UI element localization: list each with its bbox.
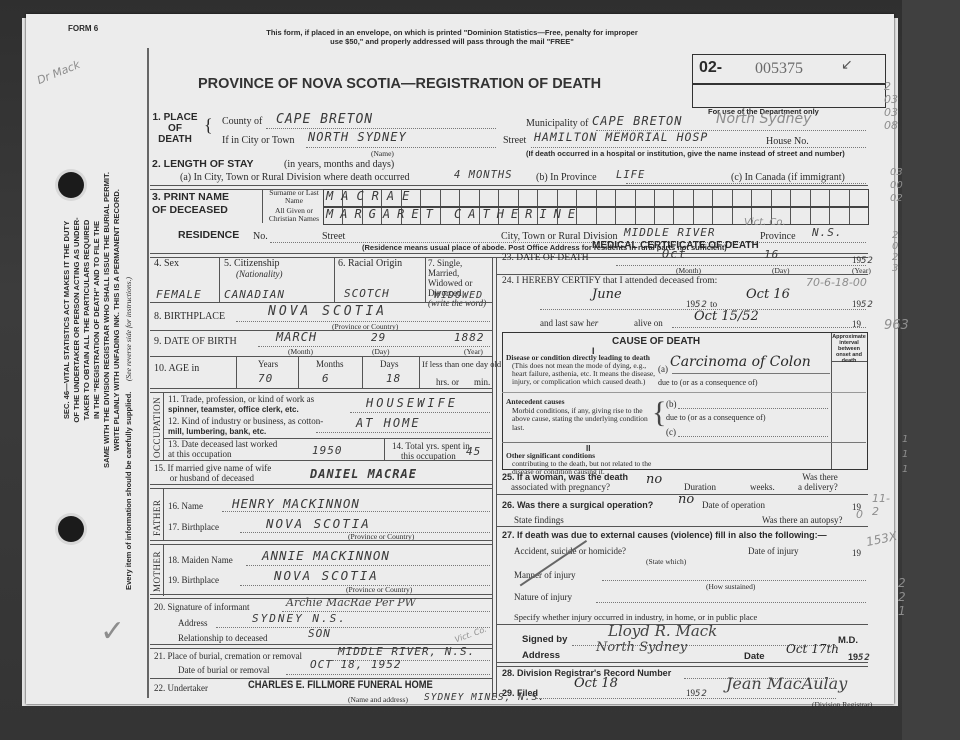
pencil-code: 03 [890, 166, 903, 179]
industry-value: AT HOME [356, 416, 421, 430]
trade-label: 11. Trade, profession, or kind of work a… [168, 394, 314, 415]
date-of-death-label: 23. DATE OF DEATH [502, 253, 589, 263]
antecedent-note: Morbid conditions, if any, giving rise t… [506, 407, 654, 433]
pencil-code: 2 [898, 576, 906, 590]
divider [384, 438, 385, 460]
surgery-value: no [678, 492, 694, 507]
relationship-value: SON [308, 627, 331, 640]
pencil-code: 2 [892, 252, 898, 263]
residence-county-note: Vict. Co. [744, 217, 786, 228]
surgery-label: 26. Was there a surgical operation? [502, 500, 653, 510]
section-divider [150, 540, 492, 545]
dark-binder-edge [902, 0, 960, 740]
father-section-label: FATHER [152, 500, 162, 536]
duration-label: Duration [684, 482, 716, 492]
state-which-caption: (State which) [646, 557, 686, 566]
mother-birthplace-label: 19. Birthplace [168, 575, 219, 585]
marital-value: WIDOWED [434, 290, 483, 301]
pencil-code: 0 [892, 241, 898, 252]
day-caption: (Day) [372, 347, 390, 356]
industry-label: 12. Kind of industry or business, as cot… [168, 416, 323, 437]
age-years-value: 70 [258, 372, 273, 385]
divider [219, 258, 220, 302]
section-divider [496, 662, 868, 667]
label-line: 15. If married give name of wife [154, 463, 271, 473]
instruction-line: WRITE PLAINLY WITH UNFADING INK. THIS IS… [112, 50, 122, 590]
cause-a-line [672, 373, 830, 374]
divider [419, 356, 420, 388]
check-mark-icon: ↙ [841, 57, 853, 74]
mother-maiden-label: 18. Maiden Name [168, 555, 233, 565]
injury-location-label: Specify whether injury occurred in indus… [514, 612, 757, 622]
age-years-label: Years [258, 359, 278, 369]
row-divider [150, 356, 492, 357]
divider [163, 488, 164, 540]
section-divider [150, 484, 492, 489]
mother-birthplace-value: NOVA SCOTIA [274, 568, 379, 583]
form-number: FORM 6 [68, 24, 98, 33]
pencil-codes-cause: 1 1 1 [902, 432, 908, 477]
row-divider [496, 274, 868, 275]
spouse-value: DANIEL MACRAE [310, 467, 417, 481]
industry-line [316, 432, 490, 433]
undertaker-caption: (Name and address) [348, 695, 408, 704]
direct-cause-label: Disease or condition directly leading to… [506, 354, 656, 386]
sex-value: FEMALE [156, 288, 202, 301]
burial-place-label: 21. Place of burial, cremation or remova… [154, 651, 302, 661]
interval-label: Approximate interval between onset and d… [832, 334, 866, 364]
label-line: 13. Date deceased last worked [168, 439, 277, 449]
last-saw-text: and last saw h [540, 318, 591, 328]
residence-province-value: N.S. [812, 226, 843, 239]
attended-to: Oct 16 [746, 287, 790, 302]
name-caption: (Name) [371, 149, 394, 158]
pencil-code: 1 [902, 462, 908, 477]
age-under-day-label: If less than one day old [422, 359, 501, 369]
last-saw-her: er [591, 318, 599, 328]
residence-province-label: Province [760, 231, 796, 242]
father-name-value: HENRY MACKINNON [232, 496, 360, 511]
to-label: to [710, 299, 717, 309]
relationship-label: Relationship to deceased [178, 633, 267, 643]
divider [334, 258, 335, 302]
city-label: If in City or Town [222, 135, 294, 146]
birthplace-label: 8. BIRTHPLACE [154, 311, 225, 322]
cause-c-label: (c) [666, 427, 676, 437]
registrar-caption: (Division Registrar) [812, 700, 872, 709]
informant-signature: Archie MacRae Per PW [286, 596, 416, 609]
label-line: at this occupation [168, 449, 231, 459]
pencil-code: 2 [884, 80, 898, 93]
stay-province-value: LIFE [616, 169, 645, 181]
father-birthplace-value: NOVA SCOTIA [266, 516, 371, 531]
signature-date-label: Date [744, 651, 765, 662]
year-prefix: 19 [686, 688, 695, 698]
label-line: Was there [802, 472, 838, 482]
alive-on-label: alive on [634, 318, 663, 328]
delivery-label: Was therea delivery? [798, 472, 838, 492]
md-label: M.D. [838, 635, 858, 646]
street-line [531, 147, 866, 148]
residence-no-label: No. [253, 231, 268, 242]
pencil-codes-top: 2 03 03 08 [884, 80, 898, 132]
city-value: NORTH SYDNEY [308, 130, 407, 144]
section-divider [150, 388, 492, 393]
row-divider [150, 330, 492, 331]
weeks-label: weeks. [750, 482, 775, 492]
pregnancy-value: no [646, 472, 662, 487]
side-instructions: SEC. 46—VITAL STATISTICS ACT MAKES IT TH… [62, 50, 122, 590]
year-prefix: 19 [686, 299, 695, 309]
year-prefix: 19 [852, 255, 861, 265]
antecedent-heading: Antecedent causes [506, 397, 565, 406]
direct-cause-note: (This does not mean the mode of dying, e… [506, 362, 656, 386]
year-caption: (Year) [464, 347, 483, 356]
nature-label: Nature of injury [514, 592, 572, 602]
mother-section-label: MOTHER [152, 551, 162, 592]
years-spent-value: 45 [466, 445, 481, 458]
spouse-label: 15. If married give name of wife or husb… [154, 463, 271, 483]
due-to-label: due to (or as a consequence of) [658, 378, 758, 387]
pencil-codes-name: 03 00 02 [890, 166, 903, 205]
last-worked-value: 1950 [312, 444, 343, 457]
mother-maiden-line [246, 565, 490, 566]
pregnancy-label: 25. If a woman, was the death associated… [502, 472, 628, 492]
death-registration-form: FORM 6 Dr Mack SEC. 46—VITAL STATISTICS … [26, 14, 894, 704]
registration-number: 005375 [755, 60, 803, 78]
age-label: 10. AGE in [154, 363, 199, 374]
injury-date-label: Date of injury [748, 546, 798, 556]
place-of-death-label: 1. PLACEOFDEATH [152, 112, 198, 145]
house-no-label: House No. [766, 136, 809, 147]
city-line [306, 147, 496, 148]
pencil-age-code: 70-6-18-00 [806, 276, 867, 289]
label-line: 27. If death was due to external causes … [502, 530, 827, 540]
operation-date-label: Date of operation [702, 500, 765, 510]
age-days-value: 18 [386, 372, 401, 385]
instruction-line: TAKER TO OBTAIN ALL THE PARTICULARS REQU… [82, 50, 92, 590]
divider [163, 544, 164, 596]
minutes-label: min. [474, 377, 490, 387]
label-line: 11. Trade, profession, or kind of work a… [168, 394, 314, 404]
year-prefix: 19 [848, 652, 858, 662]
informant-address-label: Address [178, 618, 208, 628]
check-mark: ✓ [100, 614, 125, 649]
pencil-code: 00 [890, 179, 903, 192]
antecedent-label: Antecedent causesMorbid conditions, if a… [506, 398, 654, 432]
label-line: 26. Was there a surgical operation? [502, 500, 653, 510]
pencil-code: 2 [898, 590, 906, 604]
label-line: 3. PRINT NAME [152, 191, 229, 204]
street-label: Street [503, 135, 526, 146]
age-days-label: Days [380, 359, 399, 369]
residence-label: RESIDENCE [178, 229, 239, 241]
pencil-code-external: 153X [865, 529, 898, 549]
label-line: mill, lumbering, bank, etc. [168, 427, 266, 436]
year-prefix: 19 [852, 299, 861, 309]
pencil-codes-injury: 2 2 1 [898, 576, 906, 618]
pencil-code-operation: 0 [856, 508, 863, 521]
pencil-code: 03 [884, 106, 898, 119]
column-divider [496, 258, 497, 698]
street-note: (If death occurred in a hospital or inst… [526, 149, 845, 158]
pencil-codes-personal: 2 0 2 3 [892, 230, 898, 274]
municipality-label: Municipality of [526, 118, 589, 129]
father-name-line [222, 511, 490, 512]
cause-c-line [678, 436, 828, 437]
street-value: HAMILTON MEMORIAL HOSP [534, 130, 708, 144]
divider [298, 356, 299, 388]
hours-label: hrs. or [436, 377, 459, 387]
filed-date: Oct 18 [574, 676, 618, 691]
instruction-line: OF THE UNDERTAKER OR PERSON ACTING AS UN… [72, 50, 82, 590]
pencil-code: 2 [892, 230, 898, 241]
pencil-code: 02 [890, 192, 903, 205]
label-line: associated with pregnancy? [511, 482, 610, 492]
label-line: 14. Total yrs. spent in [392, 441, 470, 451]
findings-label: State findings [514, 515, 564, 525]
row-divider [496, 526, 868, 527]
manner-line [602, 580, 866, 581]
length-of-stay-sub: (in years, months and days) [284, 159, 394, 170]
postal-notice-line: This form, if placed in an envelope, on … [242, 28, 662, 37]
alive-line [672, 327, 866, 328]
county-value: CAPE BRETON [276, 112, 373, 127]
dod-month: Oct [662, 247, 687, 261]
last-worked-label: 13. Date deceased last workedat this occ… [168, 439, 277, 459]
side-footer-italic: (See reverse side for instructions.) [124, 277, 133, 381]
occupation-section-label: OCCUPATION [152, 397, 162, 458]
informant-address: SYDNEY N.S. [252, 612, 347, 625]
year-prefix: 19 [852, 548, 861, 558]
signature-date: Oct 17th [786, 642, 839, 656]
stay-city-value: 4 MONTHS [454, 169, 513, 181]
informant-signature-label: 20. Signature of informant [154, 602, 249, 612]
divider [362, 356, 363, 388]
cause-b-label: (b) [666, 399, 677, 409]
age-months-label: Months [316, 359, 344, 369]
label-line: or husband of deceased [170, 473, 254, 483]
registrar-signature: Jean MacAulay [726, 674, 847, 693]
physician-address: North Sydney [596, 640, 687, 655]
dob-year: 1882 [454, 331, 485, 344]
physician-address-label: Address [522, 650, 560, 661]
brace: { [204, 115, 213, 135]
surname-label: Surname or Last Name [266, 189, 322, 205]
pencil-code: 3 [892, 263, 898, 274]
residence-city-value: MIDDLE RIVER [624, 226, 715, 239]
municipality-value: CAPE BRETON [592, 114, 682, 128]
cause-a-label: (a) [658, 364, 668, 374]
cause-of-death-heading: CAUSE OF DEATH [612, 336, 700, 347]
autopsy-label: Was there an autopsy? [762, 515, 843, 525]
pencil-code: 03 [884, 93, 898, 106]
row-divider [502, 392, 866, 393]
racial-origin-value: SCOTCH [344, 287, 390, 300]
citizenship-sub: (Nationality) [236, 269, 283, 279]
father-name-label: 16. Name [168, 501, 203, 511]
pencil-code: 1 [902, 432, 908, 447]
date-of-birth-label: 9. DATE OF BIRTH [154, 336, 237, 347]
last-saw-label: and last saw her [540, 318, 598, 328]
label-line: 29. Filed [502, 688, 538, 698]
citizenship-label: 5. Citizenship [224, 258, 280, 269]
filed-label: 29. Filed [502, 688, 538, 698]
dob-day: 29 [371, 331, 386, 344]
instruction-line: IN THE "REGISTRATION OF DEATH" AND TO FI… [92, 50, 102, 590]
municipality-pencil-note: North Sydney [716, 111, 811, 127]
label-line: OF DECEASED [152, 204, 229, 217]
dob-month: MARCH [276, 330, 317, 344]
instruction-line: SAME WITH THE DIVISION REGISTRAR WHO SHA… [102, 50, 112, 590]
how-sustained-caption: (How sustained) [706, 582, 755, 591]
stay-line [626, 183, 866, 184]
informant-address-line [216, 627, 490, 628]
instruction-line: SEC. 46—VITAL STATISTICS ACT MAKES IT TH… [62, 50, 72, 590]
racial-origin-label: 6. Racial Origin [338, 258, 402, 269]
burial-date-label: Date of burial or removal [178, 665, 269, 675]
signed-by-label: Signed by [522, 634, 567, 645]
length-of-stay-label: 2. LENGTH OF STAY [152, 158, 254, 170]
trade-value: HOUSEWIFE [366, 396, 458, 410]
sex-label: 4. Sex [154, 258, 179, 269]
divider [262, 189, 263, 223]
attended-from: June [592, 287, 622, 302]
postal-notice-line: use $50," and properly addressed will pa… [242, 37, 662, 46]
divider [163, 392, 164, 460]
burial-place-value: MIDDLE RIVER, N.S. [338, 645, 475, 658]
label-line: spinner, teamster, office clerk, etc. [168, 405, 299, 414]
deceased-name-label: 3. PRINT NAME OF DECEASED [152, 191, 229, 217]
given-names-value: MARGARET CATHERINE [326, 207, 582, 221]
citizenship-value: CANADIAN [224, 288, 285, 301]
filed-line [536, 698, 836, 699]
dod-day: 16 [764, 248, 779, 261]
mother-maiden-value: ANNIE MACKINNON [262, 548, 390, 563]
given-names-label: All Given or Christian Names [266, 207, 322, 223]
manner-label: Manner of injury [514, 570, 575, 580]
pencil-code: 08 [884, 119, 898, 132]
label-line: a delivery? [798, 482, 838, 492]
undertaker-label: 22. Undertaker [154, 683, 208, 693]
father-birthplace-label: 17. Birthplace [168, 522, 219, 532]
dod-line [616, 265, 866, 266]
undertaker-stamp: CHARLES E. FILLMORE FUNERAL HOME [248, 679, 433, 691]
mother-birthplace-caption: (Province or Country) [346, 585, 412, 594]
pencil-code: 1 [898, 604, 906, 618]
divider [425, 258, 426, 302]
external-causes-label: 27. If death was due to external causes … [502, 530, 827, 540]
physician-signature: Lloyd R. Mack [608, 622, 717, 640]
residence-street-label: Street [322, 231, 345, 242]
pencil-cause-code: 963 [884, 318, 909, 333]
side-footer: Every item of information should be care… [124, 50, 133, 590]
registration-prefix: 02- [699, 59, 722, 77]
nature-line [596, 602, 866, 603]
age-months-value: 6 [322, 372, 330, 385]
label-line: 12. Kind of industry or business, as cot… [168, 416, 323, 426]
divider [236, 356, 237, 388]
birthplace-value: NOVA SCOTIA [268, 304, 387, 319]
burial-date-line [286, 674, 490, 675]
certify-label: 24. I HEREBY CERTIFY that I attended dec… [502, 276, 717, 286]
left-border [147, 48, 149, 698]
burial-date-value: OCT 18, 1952 [310, 658, 401, 671]
pencil-code: 1 [902, 447, 908, 462]
trade-line [350, 412, 490, 413]
pencil-code-delivery: 11-2 [872, 492, 894, 518]
month-caption: (Month) [288, 347, 313, 356]
county-label: County of [222, 116, 262, 127]
years-spent-label: 14. Total yrs. spent in this occupation [392, 441, 470, 461]
row-divider [150, 460, 492, 461]
row-divider [502, 442, 866, 443]
column-divider [492, 258, 493, 698]
stay-city-label: (a) In City, Town or Rural Division wher… [180, 172, 410, 183]
postal-notice: This form, if placed in an envelope, on … [242, 28, 662, 46]
cause-b-line [678, 408, 828, 409]
county-line [266, 128, 496, 129]
surname-value: MACRAE [326, 189, 417, 203]
side-footer-text: Every item of information should be care… [124, 392, 133, 590]
registration-number-box: 02- 005375 ↙ [692, 54, 886, 108]
form-title: PROVINCE OF NOVA SCOTIA—REGISTRATION OF … [198, 76, 601, 92]
cause-a-value: Carcinoma of Colon [670, 354, 811, 370]
label-line: 25. If a woman, was the death [502, 472, 628, 482]
box-divider [693, 83, 885, 85]
row-divider [150, 302, 492, 303]
stay-province-label: (b) In Province [536, 172, 597, 183]
due-to-label: due to (or as a consequence of) [666, 413, 766, 422]
stay-canada-label: (c) In Canada (if immigrant) [731, 172, 845, 183]
brace: { [652, 398, 666, 428]
alive-on-value: Oct 15/52 [694, 309, 759, 324]
